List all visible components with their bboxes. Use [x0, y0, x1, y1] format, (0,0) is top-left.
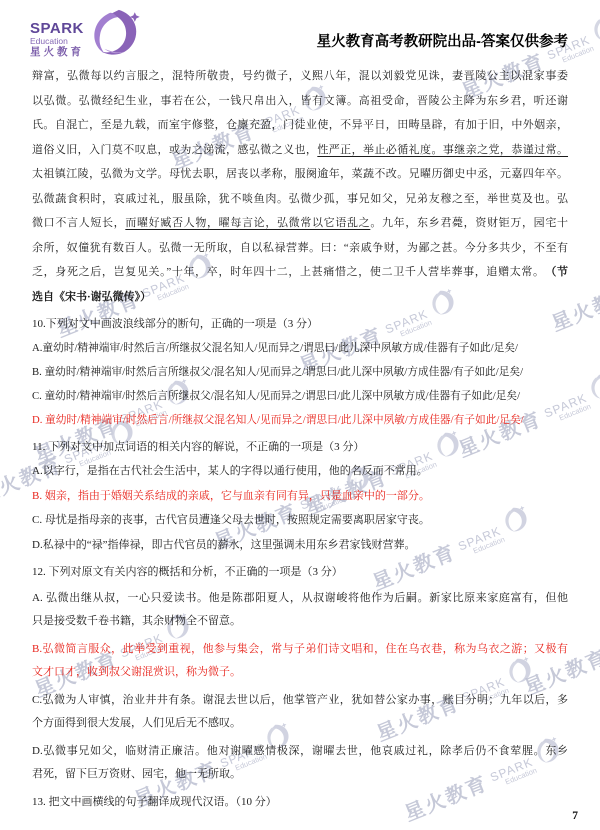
page-number: 7	[572, 810, 578, 822]
q12-option-a: A. 弘微出继从叔，一心只爱读书。他是陈郡阳夏人，从叔谢峻将他作为后嗣。新家比原…	[32, 587, 568, 632]
q11-option-c: C. 母忧是指母亲的丧事，古代官员遭逢父母去世时，按照规定需要离职居家守丧。	[32, 508, 568, 533]
question-11: 11. 下列对文中加点词语的相关内容的解说，不正确的一项是（3 分） A.以字行…	[32, 436, 568, 557]
passage-line: 道俗义旧，入门莫不叹息，或为之涕流，感弘微之义也，性严正，举止必循礼度。事继亲之…	[32, 138, 568, 163]
passage-line: 弘微蔬食积时，哀戚过礼，服虽除，犹不啖鱼肉。弘微少孤，事兄如父，兄弟友穆之至，举…	[32, 187, 568, 212]
document-content: SPARK Education 星火教育 星火教育高考教研院出品-答案仅供参考 …	[32, 0, 568, 814]
spark-education-logo: SPARK Education 星火教育	[30, 8, 148, 64]
passage-line: 乏，身死之后，岂复见关。”十年，卒，时年四十二，上甚痛惜之，使二卫千人营毕葬事，…	[32, 260, 568, 285]
q12-option-c: C.弘微为人审慎，治业井井有条。谢混去世以后，他掌管产业，犹如替公家办事，账目分…	[32, 689, 568, 734]
q12-option-b-answer: B.弘微简言服众，此举受到重视，他参与集会，常与子弟们诗文唱和，住在乌衣巷，称为…	[32, 638, 568, 683]
q11-option-d: D.私禄中的“禄”指俸禄，即古代官员的薪水，这里强调未用东乡君家钱财营葬。	[32, 533, 568, 558]
q12-option-d: D.弘微事兄如父，临财清正廉洁。他对谢曜感情极深，谢曜去世，他哀戚过礼，除孝后仍…	[32, 740, 568, 785]
question-12: 12. 下列对原文有关内容的概括和分析，不正确的一项是（3 分） A. 弘微出继…	[32, 561, 568, 785]
q10-option-c: C. 童幼时/精神端审/时然后言所继叔父/混名知人/见而异之/谓思曰/此儿深中夙…	[32, 384, 568, 408]
question-10: 10.下列对文中画波浪线部分的断句，正确的一项是（3 分） A.童幼时/精神端审…	[32, 313, 568, 432]
passage-line: 辩富，弘微每以约言服之，混特所敬贵，号约微子，义熙八年，混以刘毅党见诛，妻晋陵公…	[32, 64, 568, 89]
q12-stem: 12. 下列对原文有关内容的概括和分析，不正确的一项是（3 分）	[32, 561, 568, 584]
q10-stem: 10.下列对文中画波浪线部分的断句，正确的一项是（3 分）	[32, 313, 568, 336]
q11-stem: 11. 下列对文中加点词语的相关内容的解说，不正确的一项是（3 分）	[32, 436, 568, 459]
passage-line: 微口不言人短长，而曜好臧否人物，曜每言论，弘微常以它语乱之。九年，东乡君薨，资财…	[32, 211, 568, 236]
page-header: SPARK Education 星火教育 星火教育高考教研院出品-答案仅供参考	[32, 0, 568, 64]
q11-option-b-answer: B. 姻亲，指由于婚姻关系结成的亲戚，它与血亲有同有异，只是血亲中的一部分。	[32, 484, 568, 509]
passage-line: 氏。自混亡，至是九载，而室宇修整，仓廪充盈，门徒业使，不异平日，田畴垦辟，有加于…	[32, 113, 568, 138]
exam-answer-page: 星火教育SPARKEducation星火教育SPARKEducation星火教育…	[0, 0, 600, 830]
passage-line: 以弘微。弘微经纪生业，事若在公，一钱尺帛出入，皆有文簿。高祖受命，晋陵公主降为东…	[32, 89, 568, 114]
q11-option-a: A.以字行，是指在古代社会生活中，某人的字得以通行使用，他的名反而不常用。	[32, 459, 568, 484]
q10-option-a: A.童幼时/精神端审/时然后言/所继叔父混名知人/见而异之/谓思曰/此儿深中夙敏…	[32, 336, 568, 360]
q10-option-b: B. 童幼时/精神端审/时然后言所继叔父/混名知人/见而异之/谓思曰/此儿深中夙…	[32, 360, 568, 384]
document-title: 星火教育高考教研院出品-答案仅供参考	[317, 30, 568, 51]
passage-line: 余所，奴僮犹有数百人。弘微一无所取，自以私禄营葬。曰：“亲戚争财，为鄙之甚。今分…	[32, 236, 568, 261]
q13-stem: 13. 把文中画横线的句子翻译成现代汉语。（10 分）	[32, 791, 568, 814]
passage-source-line: 选自《宋书·谢弘微传》）	[32, 285, 568, 310]
q10-option-d-answer: D. 童幼时/精神端审/时然后言/所继叔父混名知人/见而异之/谓思曰/此儿深中夙…	[32, 408, 568, 432]
passage-line: 太祖镇江陵，弘微为文学。母忧去职，居丧以孝称，服阕逾年，菜蔬不改。兄曜历御史中丞…	[32, 162, 568, 187]
classical-passage: 辩富，弘微每以约言服之，混特所敬贵，号约微子，义熙八年，混以刘毅党见诛，妻晋陵公…	[32, 64, 568, 309]
spark-flame-icon	[90, 8, 142, 58]
